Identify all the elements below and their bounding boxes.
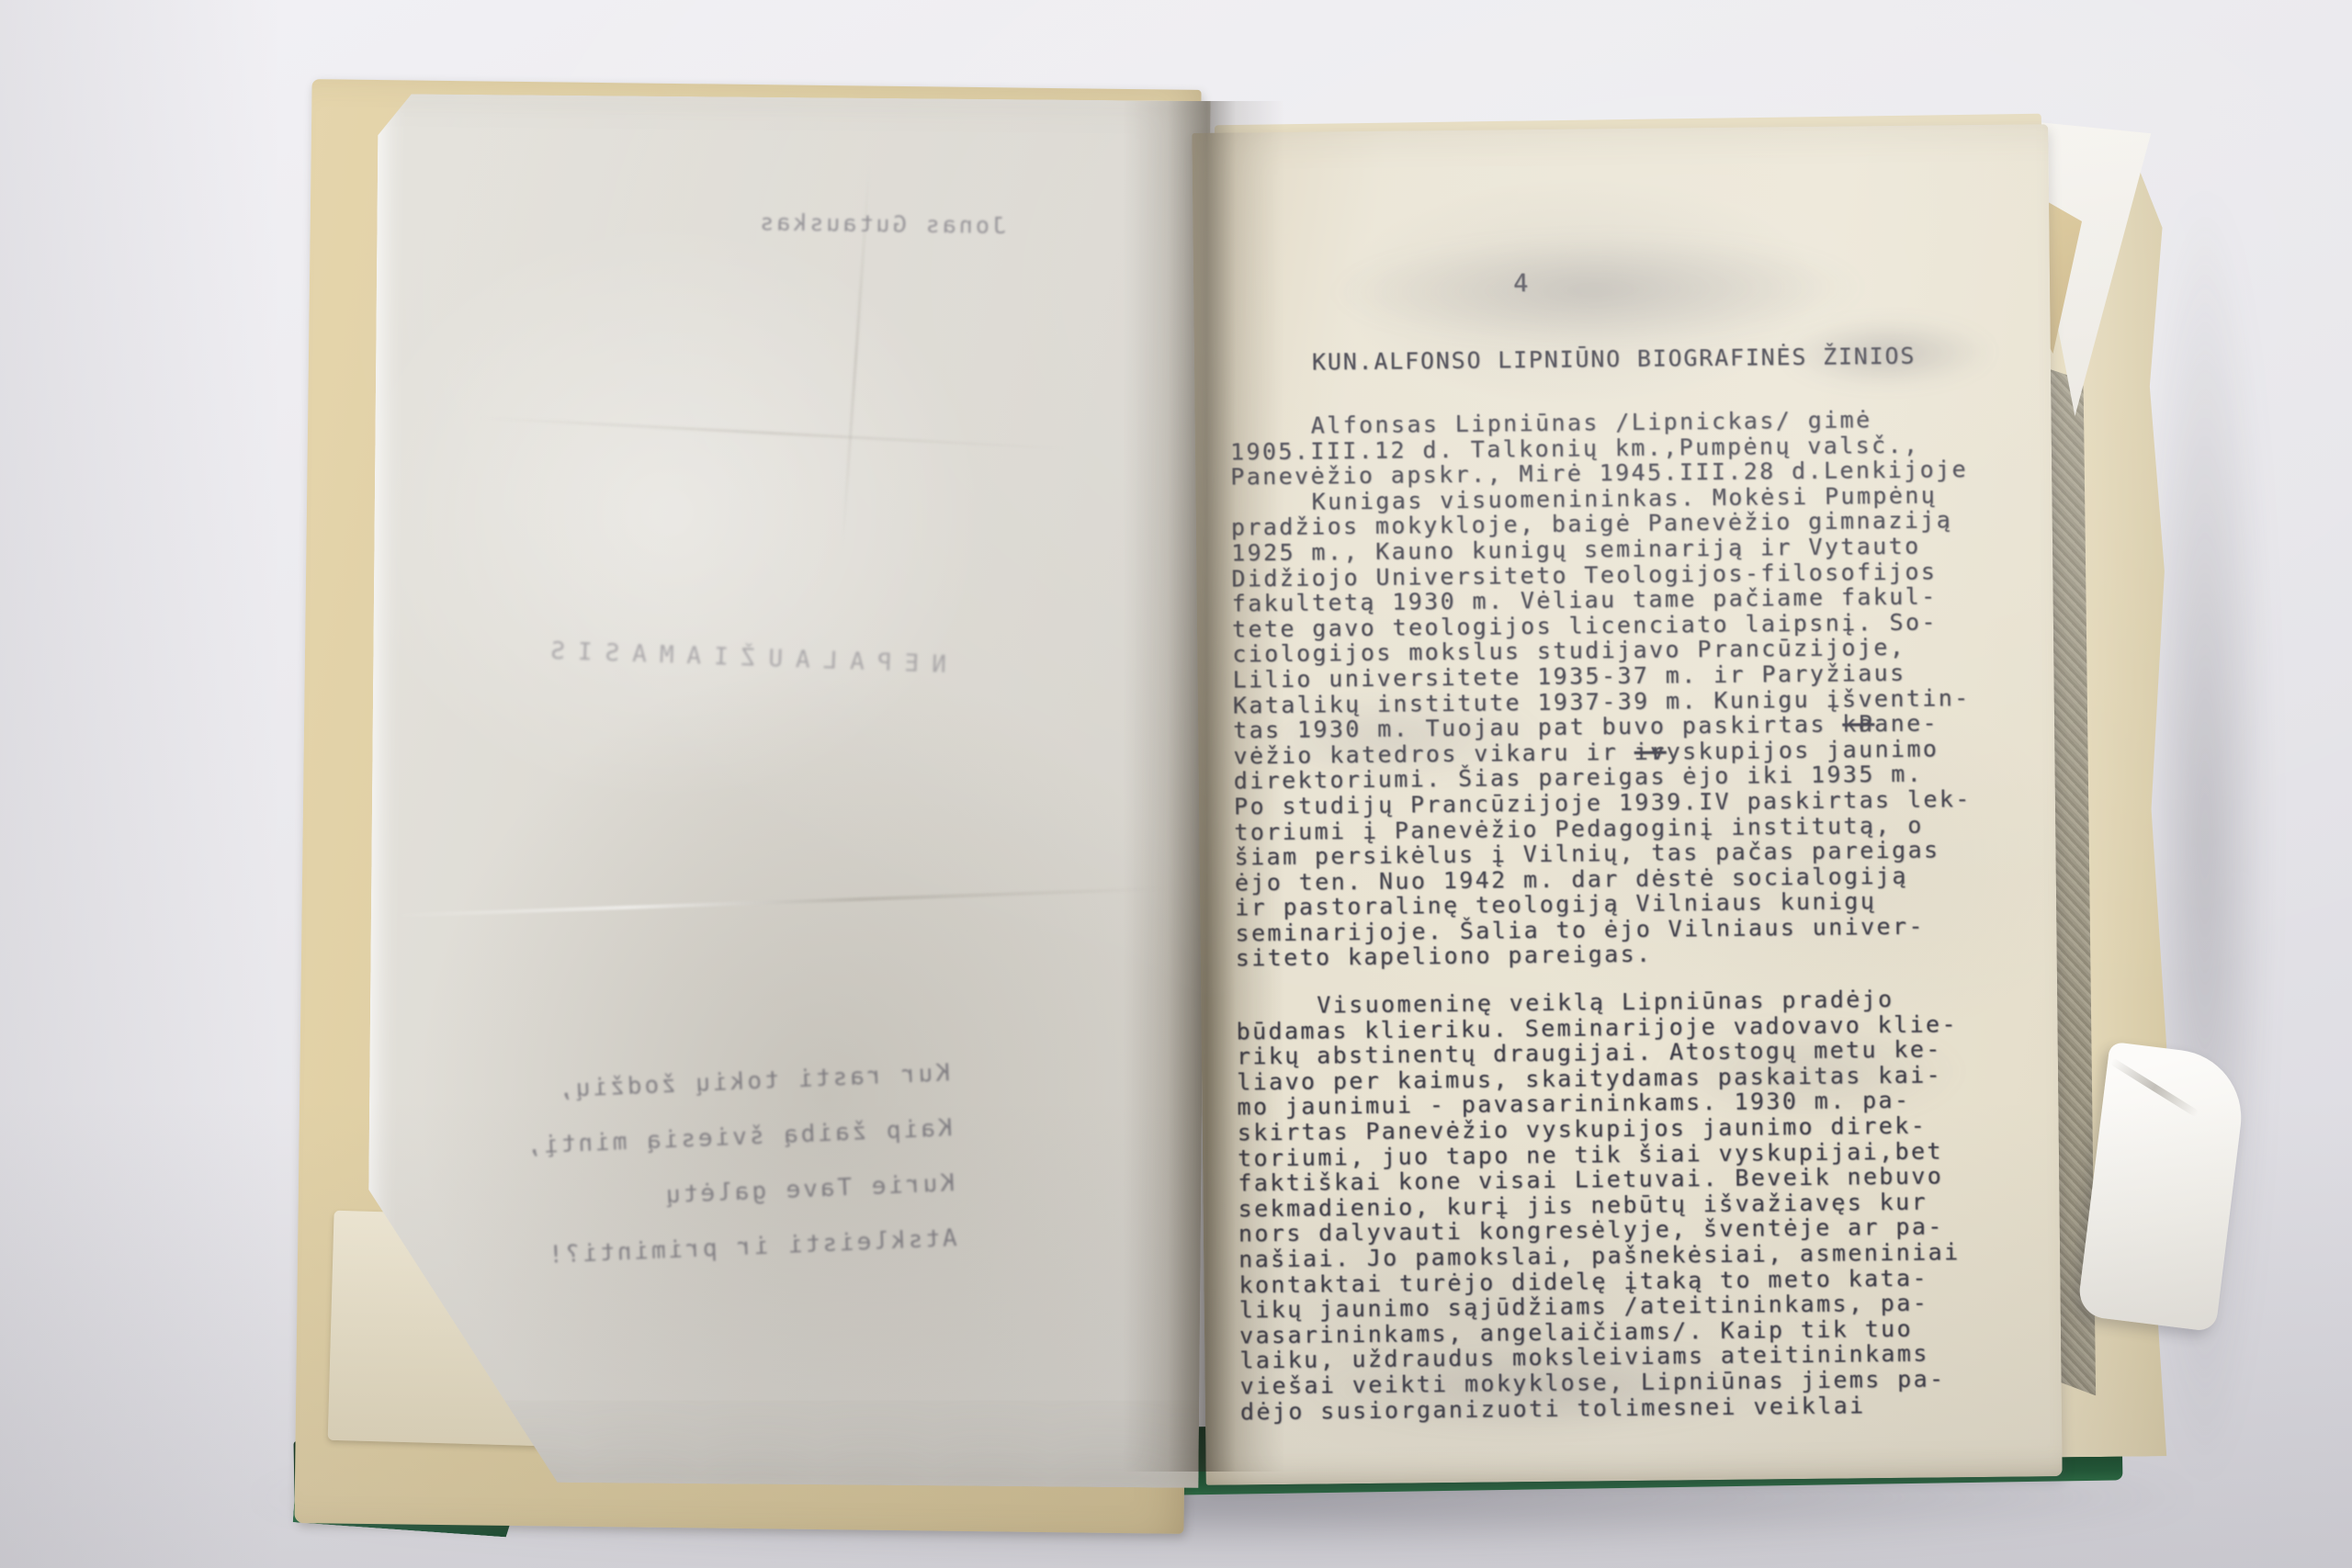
bleedthrough-author: Jonas Gutauskas (602, 207, 1006, 239)
paragraph: Alfonsas Lipniūnas /Lipnickas/ gimė1905.… (1230, 405, 2021, 490)
bleedthrough-poem: Kur rasti tokių žodžių,Kaip žaibą šviesi… (429, 1045, 958, 1287)
ink-smudge (1331, 231, 1865, 347)
typewritten-body: Alfonsas Lipniūnas /Lipnickas/ gimė1905.… (1230, 405, 2030, 1424)
right-page: 4 KUN.ALFONSO LIPNIŪNO BIOGRAFINĖS ŽINIO… (1192, 124, 2062, 1485)
book-photo: Jonas Gutauskas NEPALAUŽIAMASIS Kur rast… (0, 0, 2352, 1568)
strikethrough-word: ka (1842, 711, 1874, 737)
ink-smudge (1781, 318, 1994, 389)
strikethrough-word: ir (1634, 739, 1667, 764)
